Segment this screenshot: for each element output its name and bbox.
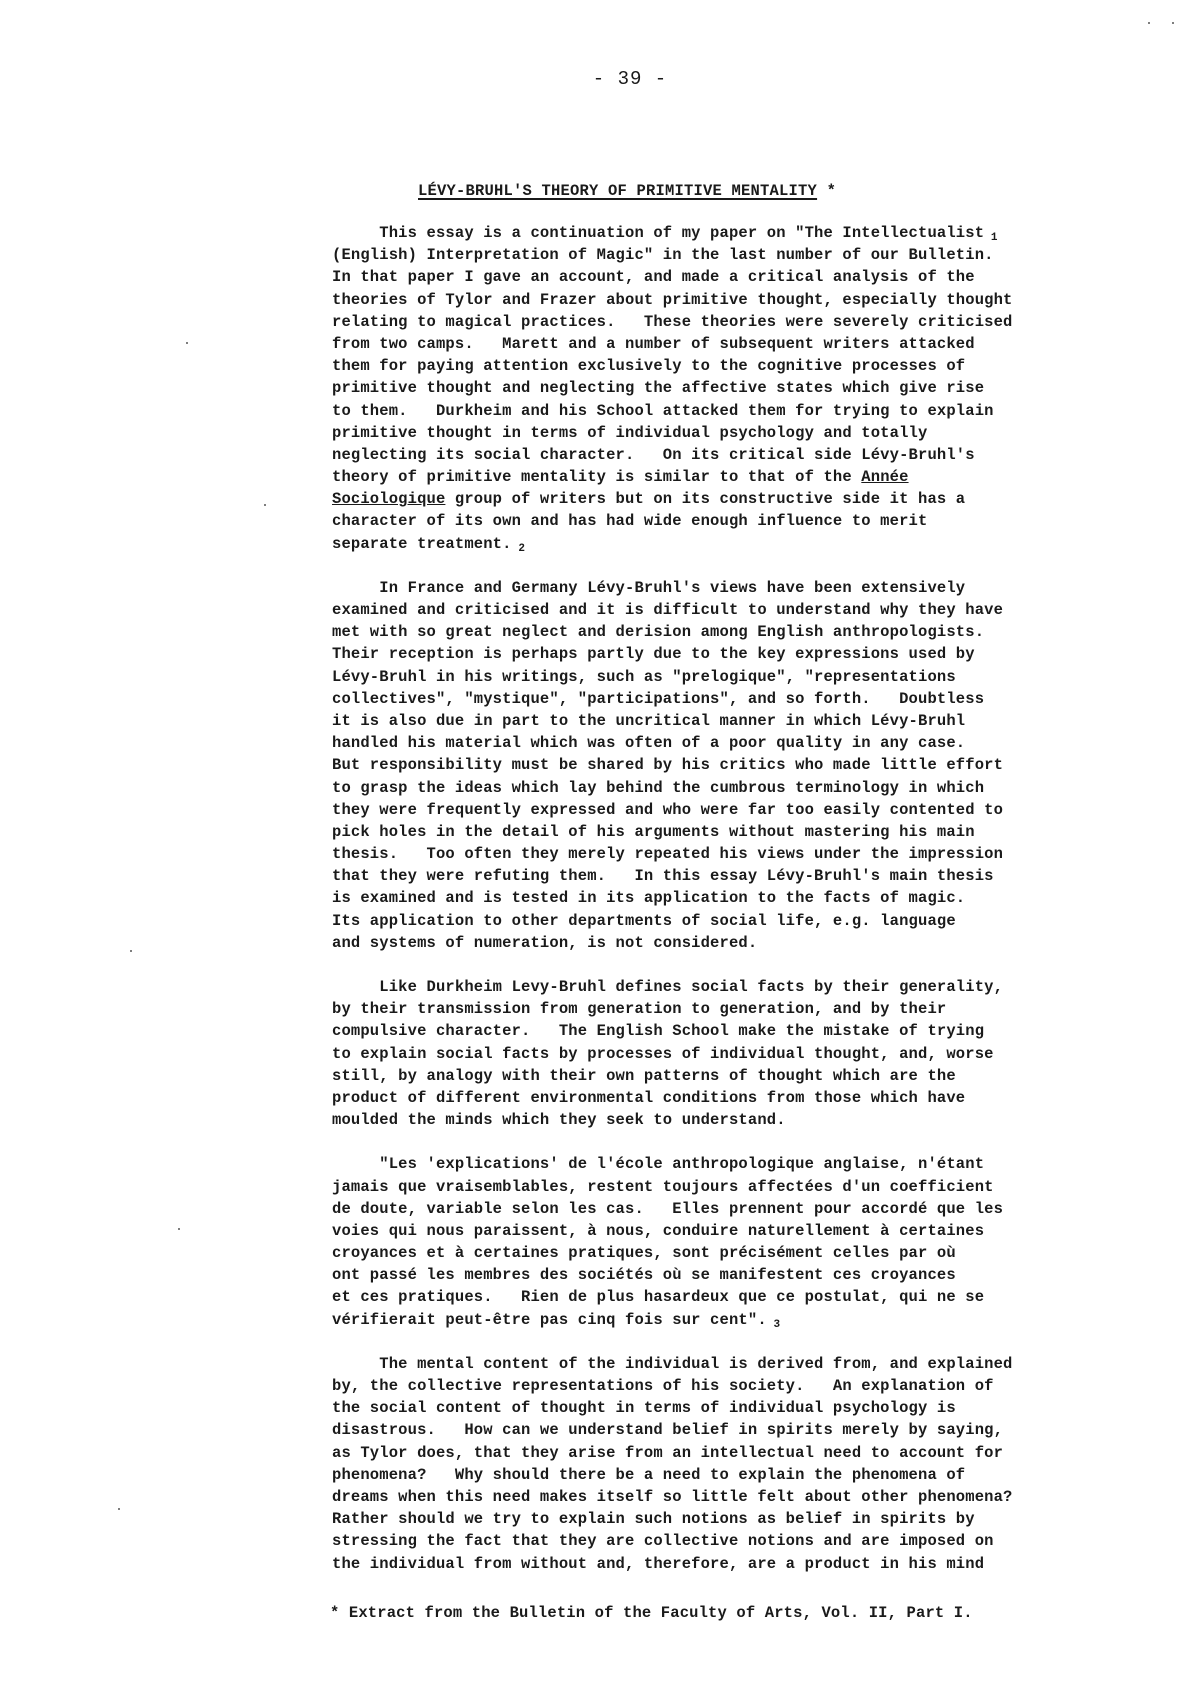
text-line: "Les 'explications' de l'école anthropol… — [332, 1153, 1192, 1175]
text-line: by, the collective representations of hi… — [332, 1375, 1192, 1397]
text-line: Like Durkheim Levy-Bruhl defines social … — [332, 976, 1192, 998]
text-line: collectives", "mystique", "participation… — [332, 688, 1192, 710]
text-line: compulsive character. The English School… — [332, 1020, 1192, 1042]
text-line: In that paper I gave an account, and mad… — [332, 266, 1192, 288]
text-line: et ces pratiques. Rien de plus hasardeux… — [332, 1286, 1192, 1308]
text-line: from two camps. Marett and a number of s… — [332, 333, 1192, 355]
text-line: the social content of thought in terms o… — [332, 1397, 1192, 1419]
text-line: de doute, variable selon les cas. Elles … — [332, 1198, 1192, 1220]
text-line: primitive thought and neglecting the aff… — [332, 377, 1192, 399]
page-number: - 39 - — [0, 68, 1200, 90]
document-body: This essay is a continuation of my paper… — [332, 222, 1192, 1597]
text-line: dreams when this need makes itself so li… — [332, 1486, 1192, 1508]
scan-speck — [178, 1228, 180, 1230]
text-line: vérifierait peut-être pas cinq fois sur … — [332, 1309, 1192, 1331]
text-line: jamais que vraisemblables, restent toujo… — [332, 1176, 1192, 1198]
text-line: separate treatment. 2 — [332, 533, 1192, 555]
paragraph-5: The mental content of the individual is … — [332, 1353, 1192, 1575]
footnote-reference: 3 — [767, 1319, 781, 1331]
text-line: they were frequently expressed and who w… — [332, 799, 1192, 821]
text-line: handled his material which was often of … — [332, 732, 1192, 754]
scan-speck — [1148, 22, 1150, 24]
paragraph-2: In France and Germany Lévy-Bruhl's views… — [332, 577, 1192, 954]
scan-speck — [186, 342, 188, 344]
text-line: pick holes in the detail of his argument… — [332, 821, 1192, 843]
text-line: croyances et à certaines pratiques, sont… — [332, 1242, 1192, 1264]
paragraph-4-quotation: "Les 'explications' de l'école anthropol… — [332, 1153, 1192, 1331]
text-line: met with so great neglect and derision a… — [332, 621, 1192, 643]
text-line: Sociologique group of writers but on its… — [332, 488, 1192, 510]
paragraph-1: This essay is a continuation of my paper… — [332, 222, 1192, 555]
text-line: moulded the minds which they seek to und… — [332, 1109, 1192, 1131]
text-line: still, by analogy with their own pattern… — [332, 1065, 1192, 1087]
page-title: LÉVY-BRUHL'S THEORY OF PRIMITIVE MENTALI… — [418, 182, 836, 200]
text-line: This essay is a continuation of my paper… — [332, 222, 1192, 244]
text-line: is examined and is tested in its applica… — [332, 887, 1192, 909]
text-line: thesis. Too often they merely repeated h… — [332, 843, 1192, 865]
footnote-reference: 2 — [512, 543, 526, 555]
text-line: Their reception is perhaps partly due to… — [332, 643, 1192, 665]
scan-speck — [1172, 22, 1174, 24]
text-line: ont passé les membres des sociétés où se… — [332, 1264, 1192, 1286]
footnote: * Extract from the Bulletin of the Facul… — [330, 1604, 973, 1622]
text-line: theory of primitive mentality is similar… — [332, 466, 1192, 488]
text-line: it is also due in part to the uncritical… — [332, 710, 1192, 732]
scan-speck — [118, 1508, 120, 1510]
text-line: to them. Durkheim and his School attacke… — [332, 400, 1192, 422]
text-line: that they were refuting them. In this es… — [332, 865, 1192, 887]
text-line: stressing the fact that they are collect… — [332, 1530, 1192, 1552]
text-line: In France and Germany Lévy-Bruhl's views… — [332, 577, 1192, 599]
text-line: product of different environmental condi… — [332, 1087, 1192, 1109]
text-line: relating to magical practices. These the… — [332, 311, 1192, 333]
text-line: voies qui nous paraissent, à nous, condu… — [332, 1220, 1192, 1242]
footnote-reference: 1 — [984, 232, 998, 244]
text-line: character of its own and has had wide en… — [332, 510, 1192, 532]
text-line: examined and criticised and it is diffic… — [332, 599, 1192, 621]
text-line: Lévy-Bruhl in his writings, such as "pre… — [332, 666, 1192, 688]
text-line: as Tylor does, that they arise from an i… — [332, 1442, 1192, 1464]
text-line: them for paying attention exclusively to… — [332, 355, 1192, 377]
scan-speck — [130, 950, 132, 952]
text-line: Its application to other departments of … — [332, 910, 1192, 932]
text-line: But responsibility must be shared by his… — [332, 754, 1192, 776]
paragraph-3: Like Durkheim Levy-Bruhl defines social … — [332, 976, 1192, 1131]
text-line: (English) Interpretation of Magic" in th… — [332, 244, 1192, 266]
text-line: to grasp the ideas which lay behind the … — [332, 777, 1192, 799]
text-line: by their transmission from generation to… — [332, 998, 1192, 1020]
text-line: primitive thought in terms of individual… — [332, 422, 1192, 444]
text-line: The mental content of the individual is … — [332, 1353, 1192, 1375]
text-line: and systems of numeration, is not consid… — [332, 932, 1192, 954]
text-line: disastrous. How can we understand belief… — [332, 1419, 1192, 1441]
text-line: neglecting its social character. On its … — [332, 444, 1192, 466]
text-line: theories of Tylor and Frazer about primi… — [332, 289, 1192, 311]
title-footnote-marker: * — [827, 182, 837, 200]
scan-speck — [264, 504, 266, 506]
text-line: the individual from without and, therefo… — [332, 1553, 1192, 1575]
text-line: phenomena? Why should there be a need to… — [332, 1464, 1192, 1486]
text-line: Rather should we try to explain such not… — [332, 1508, 1192, 1530]
title-text: LÉVY-BRUHL'S THEORY OF PRIMITIVE MENTALI… — [418, 182, 817, 200]
text-line: to explain social facts by processes of … — [332, 1043, 1192, 1065]
